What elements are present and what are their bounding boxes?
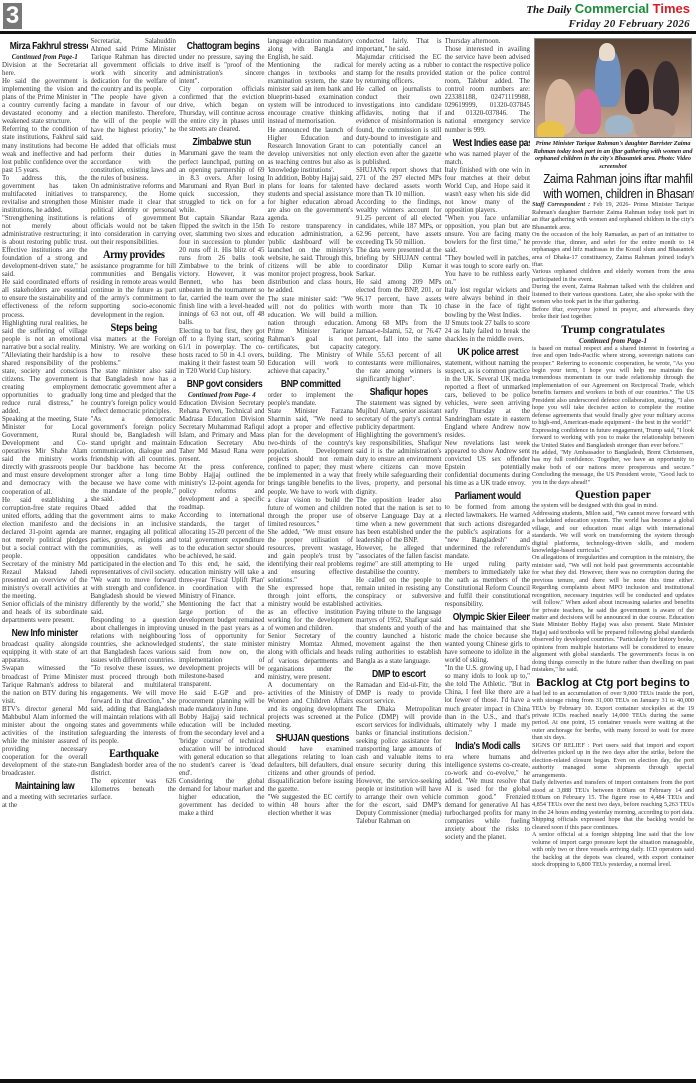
story-paragraph: Bobby Hajjaj said technical education wi… <box>179 714 265 778</box>
story-headline: BNP govt considers <box>187 378 257 391</box>
story-paragraph: Senior Secretary of the ministry Momtaz … <box>268 633 354 681</box>
story-paragraph: According to international standards, th… <box>179 512 265 560</box>
lead-story-paragraph: Before iftar, everyone joined in prayer,… <box>532 306 694 321</box>
story-headline: Chattogram begins <box>187 40 257 53</box>
story-paragraph: Italy lost regular wickets and were alwa… <box>445 287 531 319</box>
story-paragraph: Electing to bat first, they got off to a… <box>179 328 265 376</box>
byline: Staff Correspondent : <box>532 201 590 208</box>
story-paragraph: She expressed hope that, through joint e… <box>268 585 354 633</box>
story-paragraph: Referring to the condition of state inst… <box>2 126 88 174</box>
story-paragraph: The statement was signed by Mujibul Alam… <box>356 400 442 432</box>
column-5: conducted fairly. That is important," he… <box>356 38 442 1076</box>
backlog-paragraph: A senior official at a foreign shipping … <box>532 831 694 868</box>
backlog-paragraph: Daily deliveries and transfers of import… <box>532 779 694 816</box>
story-paragraph: "They bowled well in patches, it was tou… <box>445 255 531 287</box>
story-paragraph: Considering the global demand for labour… <box>179 778 265 818</box>
trump-headline: Trump congratulates <box>532 324 694 337</box>
story-paragraph: order to implement the people's mandate. <box>268 392 354 408</box>
lead-story-first-paragraph: Staff Correspondent : Feb 19, 2026- Prim… <box>532 201 694 231</box>
story-paragraph: SHUJAN's report shows that 271 of the 29… <box>356 167 442 199</box>
story-paragraph: Marumani gave the team the perfect launc… <box>179 150 265 214</box>
story-paragraph: At the press conference, Bobby Hajjaj ou… <box>179 464 265 512</box>
story-paragraph: Division at the Secretariat here. <box>2 62 88 78</box>
story-paragraph: The state minister said: "We will not do… <box>268 296 354 376</box>
story-paragraph: Mentioning the fact that a large portion… <box>179 601 265 690</box>
story-headline: Army provides <box>95 249 172 262</box>
story-paragraph: While 55.63 percent of all contestants w… <box>356 352 442 384</box>
story-headline: Olympic Skier Eileen <box>452 611 522 624</box>
story-paragraph: who was named player of the match. <box>445 151 531 167</box>
continued-note: Continued from Page-1 <box>532 337 694 345</box>
story-paragraph: He said coordinated efforts of all stake… <box>2 279 88 319</box>
story-paragraph: "Alleviating their hardship is a shared … <box>2 352 88 416</box>
story-paragraph: assistance programme for hill communitie… <box>91 263 177 319</box>
brand-name: Commercial <box>575 1 649 16</box>
lead-story-paragraph: On the occasion of the holy Ramadan, as … <box>532 231 694 268</box>
story-paragraph: "In the U.S. growing up, I had so many i… <box>445 665 531 737</box>
masthead: 3 The Daily Commercial Times Friday 20 F… <box>0 0 696 32</box>
top-rule <box>0 31 696 34</box>
story-paragraph: However, the service-seeking people or i… <box>356 778 442 826</box>
story-paragraph: Secretariat, Salahuddin Ahmed said Prime… <box>91 38 177 94</box>
story-paragraph: broadcast quality alongside equipping it… <box>2 641 88 665</box>
story-paragraph: He called on journalists to conduct thei… <box>356 86 442 166</box>
backlog-headline: Backlog at Ctg port begins to <box>532 677 694 690</box>
story-paragraph: language education mandatory along with … <box>268 38 354 62</box>
story-paragraph: A documentary on the activities of the M… <box>268 682 354 730</box>
story-paragraph: He said the government is implementing t… <box>2 78 88 126</box>
lead-headline-line1: Zaima Rahman joins iftar mahfil <box>543 172 682 187</box>
question-paper-paragraph: On allegations of irregularities and cor… <box>532 554 694 673</box>
issue-date: Friday 20 February 2026 <box>569 18 691 30</box>
page-number-badge: 3 <box>3 3 22 29</box>
story-paragraph: Italy finished with one win in four matc… <box>445 167 531 215</box>
story-paragraph: To this end, he said, the education mini… <box>179 561 265 601</box>
story-paragraph: JJ Smuts took 27 balls to score 24 as It… <box>445 320 531 344</box>
story-headline: Zimbabwe stun <box>187 136 257 149</box>
story-paragraph: State Minister Farzana Sharmin said, "We… <box>268 408 354 529</box>
story-paragraph: "We suggested the EC certify within 48 h… <box>268 794 354 818</box>
story-headline: Earthquake <box>95 748 172 761</box>
lead-story-paragraph: Various orphaned children and elderly wo… <box>532 268 694 283</box>
trump-paragraph: Expressing confidence in future engageme… <box>532 427 694 449</box>
trump-paragraph: is based on mutual respect and a shared … <box>532 345 694 427</box>
right-column: Prime Minister Tarique Rahman's daughter… <box>532 38 694 1076</box>
iftar-photo <box>534 38 692 138</box>
story-paragraph: He said E-GP and pre-procurement plannin… <box>179 690 265 714</box>
story-headline: West Indies ease past <box>452 137 522 150</box>
story-headline: Parliament would <box>452 490 522 503</box>
story-paragraph: Swapan witnessed the broadcast of Prime … <box>2 665 88 705</box>
story-paragraph: Mentioning the radical changes in textbo… <box>268 62 354 126</box>
lead-headline-line2: with women, children in Bhasantek <box>543 187 682 202</box>
story-paragraph: The opposition leader also noted that th… <box>356 497 442 545</box>
story-paragraph: Paying tribute to the language martyrs o… <box>356 609 442 665</box>
question-paper-paragraph: the system will be designed with this go… <box>532 502 694 509</box>
story-paragraph: "We want to move forward with strength a… <box>91 577 177 617</box>
story-paragraph: According to the findings, wealthy winne… <box>356 199 442 247</box>
story-paragraph: to be formed from among elected lawmaker… <box>445 504 531 560</box>
story-paragraph: Education Division Secretary Rehana Perv… <box>179 400 265 464</box>
story-headline: Maintaining law <box>10 780 80 793</box>
story-paragraph: He said among 209 MPs elected from the B… <box>356 279 442 319</box>
story-paragraph: To address this, the government has take… <box>2 175 88 215</box>
story-paragraph: statement, without naming the suspect, a… <box>445 360 531 440</box>
lead-story-paragraph: During the event, Zaima Rahman talked wi… <box>532 283 694 305</box>
story-paragraph: Those interested in availing the service… <box>445 46 531 135</box>
story-paragraph: Senior officials of the ministry and hea… <box>2 601 88 625</box>
story-paragraph: He said establishing a corruption-free s… <box>2 497 88 561</box>
story-paragraph: Ramadan and Eid-ul-Fitr, the DMP is read… <box>356 682 442 706</box>
story-paragraph: To restore transparency in education adm… <box>268 223 354 295</box>
story-paragraph: visa matters at the Foreign Ministry. We… <box>91 336 177 368</box>
story-paragraph: and has maintained that she made the cho… <box>445 625 531 665</box>
story-paragraph: Highlighting rural realities, he said th… <box>2 320 88 352</box>
story-paragraph: He called on the people to remain united… <box>356 577 442 609</box>
photo-caption: Prime Minister Tarique Rahman's daughter… <box>532 140 694 170</box>
story-headline: UK police arrest <box>452 346 522 359</box>
continued-note: Continued from Page- 4 <box>179 392 265 400</box>
bottom-rule <box>0 1079 696 1083</box>
story-paragraph: However, he alleged that "associates of … <box>356 545 442 577</box>
column-1: Mirza Fakhrul stressesContinued from Pag… <box>2 38 88 1076</box>
story-paragraph: Bangladesh border area of the district. <box>91 762 177 778</box>
story-paragraph: The state minister also said that Bangla… <box>91 368 177 416</box>
news-columns: Mirza Fakhrul stressesContinued from Pag… <box>2 38 530 1076</box>
story-paragraph: Secretary of the ministry Md Rezaul Maks… <box>2 561 88 601</box>
backlog-paragraph: SIGNS OF RELIEF : Port users said that i… <box>532 742 694 779</box>
story-paragraph: "When you face unfamiliar opposition, yo… <box>445 215 531 255</box>
story-headline: BNP committed <box>275 378 345 391</box>
story-headline: SHUJAN questions <box>275 732 345 745</box>
backlog-paragraph: Shipping officials expressed hope that t… <box>532 816 694 831</box>
story-paragraph: Speaking at the meeting, State Minister … <box>2 416 88 496</box>
story-paragraph: "Strengthening institutions is not merel… <box>2 215 88 279</box>
story-paragraph: New revelations last week appeared to sh… <box>445 440 531 488</box>
newspaper-brand: The Daily Commercial Times <box>526 1 690 18</box>
story-paragraph: Thursday afternoon. <box>445 38 531 46</box>
story-paragraph: Obaed added that the government aims to … <box>91 505 177 577</box>
column-2: Secretariat, Salahuddin Ahmed said Prime… <box>91 38 177 1076</box>
story-paragraph: He urged ruling party members to immedia… <box>445 561 531 609</box>
story-paragraph: Majumdar criticised the EC for merely ac… <box>356 54 442 86</box>
story-paragraph: "As a democratic government's foreign po… <box>91 416 177 505</box>
column-3: Chattogram beginsunder no pressure, sayi… <box>179 38 265 1076</box>
question-paper-paragraph: Addressing students, Milon said, "We can… <box>532 510 694 555</box>
story-paragraph: under no pressure, saying the drive itse… <box>179 54 265 86</box>
story-paragraph: and a meeting with secretaries at the <box>2 794 88 810</box>
story-paragraph: Responding to a question about challenge… <box>91 617 177 665</box>
brand-prefix: The Daily <box>526 4 571 16</box>
story-headline: Shafiqur hopes <box>364 386 434 399</box>
story-paragraph: In addition, Bobby Hajjaj said, plans fo… <box>268 175 354 223</box>
continued-note: Continued from Page-1 <box>2 54 88 62</box>
story-paragraph: should have examined allegations relatin… <box>268 746 354 794</box>
story-paragraph: Among 68 MPs from the Jamaat-e-Islami, 5… <box>356 320 442 352</box>
story-headline: India's Modi calls <box>452 740 522 753</box>
column-4: language education mandatory along with … <box>268 38 354 1076</box>
story-paragraph: But captain Sikandar Raza flipped the sw… <box>179 215 265 328</box>
story-paragraph: The Dhaka Metropolitan Police (DMP) will… <box>356 706 442 778</box>
story-paragraph: City corporation officials confirmed tha… <box>179 86 265 134</box>
story-headline: DMP to escort <box>364 668 434 681</box>
story-paragraph: The data were presented at the briefing … <box>356 247 442 279</box>
question-paper-headline: Question paper <box>532 489 694 502</box>
story-paragraph: He announced the launch of Higher Educat… <box>268 127 354 175</box>
backlog-paragraph: had led to an accumulation of over 9,000… <box>532 690 694 742</box>
story-paragraph: She added, "We must ensure the proper ut… <box>268 529 354 585</box>
story-headline: Steps being <box>95 322 172 335</box>
column-6: Thursday afternoon.Those interested in a… <box>445 38 531 1076</box>
story-paragraph: Highlighting the government's key respon… <box>356 432 442 496</box>
story-paragraph: The epicenter was 626 kilometres beneath… <box>91 778 177 802</box>
brand-suffix: Times <box>653 1 690 16</box>
trump-paragraph: He added, "My Ambassador to Bangladesh, … <box>532 449 694 486</box>
story-paragraph: He added that officials must perform the… <box>91 143 177 183</box>
story-paragraph: "The people have given a mandate in favo… <box>91 94 177 142</box>
story-paragraph: On administrative reforms and transparen… <box>91 183 177 247</box>
story-paragraph: conducted fairly. That is important," he… <box>356 38 442 54</box>
story-paragraph: "To resolve these issues, we must procee… <box>91 665 177 745</box>
story-headline: New Info minister <box>10 627 80 640</box>
story-headline: Mirza Fakhrul stresses <box>10 40 80 53</box>
story-paragraph: BTV's director general Md Mahbubul Alam … <box>2 706 88 778</box>
story-paragraph: era where humans and intelligence system… <box>445 754 531 843</box>
